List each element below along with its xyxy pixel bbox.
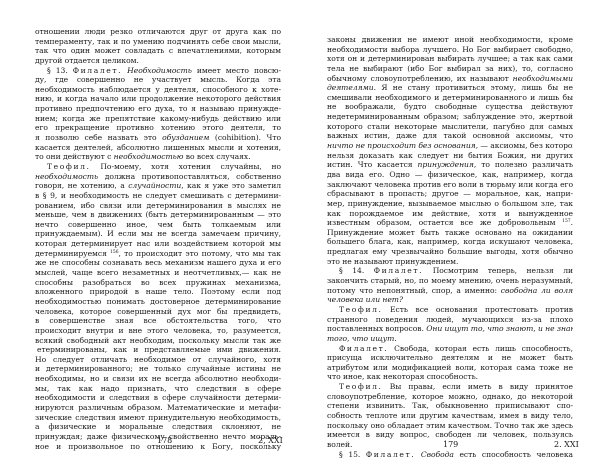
text-line: способны разобраться во всех пружинах ме…: [35, 278, 281, 288]
text-run: мы, так как надо признать, что следствия…: [35, 384, 281, 393]
text-run: Принуждение может быть также основано на…: [327, 228, 573, 237]
emphasis-text: того, что ищут.: [327, 334, 397, 343]
text-line: принуждаемым). И если мы не всегда замеч…: [35, 229, 281, 239]
text-line: отношении люди резко отличаются друг от …: [35, 27, 281, 37]
text-line: зические следствия имеют принудительную …: [35, 413, 281, 423]
right-page-text: законы движения не имеют иной необходимо…: [327, 35, 573, 459]
text-run: заключают человека против его воли в тюр…: [327, 180, 573, 189]
text-run: необходимости и следствия в сфере случай…: [35, 393, 281, 402]
left-page: отношении люди резко отличаются друг от …: [0, 0, 300, 472]
text-run: принуждаемым). И если мы не всегда замеч…: [35, 229, 281, 238]
text-line: присуща исключительно деятелям и не може…: [327, 353, 573, 363]
text-line: мер, принуждение, вызываемое мыслью о бо…: [327, 199, 573, 209]
text-run: етерминированы, как и представляемые ими…: [37, 345, 281, 354]
text-line: это не называют принуждением.: [327, 257, 573, 267]
text-line: необходимость наблюдается у деятеля, спо…: [35, 85, 281, 95]
emphasis-text: обузданием: [162, 133, 209, 142]
text-run: противно предпочтению его духа, то я наз…: [35, 104, 281, 113]
emphasis-text: случайности: [128, 181, 181, 190]
text-run: § 14.: [339, 266, 374, 275]
text-line: недетерминированным образом; заблуждение…: [327, 112, 573, 122]
text-line: мы, так как надо признать, что следствия…: [35, 384, 281, 394]
text-run: нию, и когда начало или продолжение неко…: [35, 94, 281, 103]
text-run: зические следствия имеют принудительную …: [35, 413, 281, 422]
text-run: — аксиомы, без которой: [478, 141, 573, 150]
text-line: Принуждение может быть также основано на…: [327, 228, 573, 238]
text-run: которая детерминирует нас или воздействи…: [35, 239, 281, 248]
text-run: и детерминированного; не только случайны…: [35, 364, 281, 373]
text-line: Но следует отличать необходимое от случа…: [35, 355, 281, 365]
text-line: которая детерминирует нас или воздействи…: [35, 239, 281, 249]
text-line: необходимость должна противопоставляться…: [35, 172, 281, 182]
text-line: необходимости и следствия в сфере случай…: [35, 393, 281, 403]
text-run: необходимости выбора лучшего. Но Бог выб…: [327, 45, 573, 54]
emphasis-text: деятелями.: [327, 83, 376, 92]
text-run: Но следует отличать необходимое от случа…: [35, 355, 281, 364]
text-line: большего блага, как, например, когда иск…: [327, 237, 573, 247]
text-line: что иное, как некоторая способность.: [327, 372, 573, 382]
emphasis-text: необходимость: [35, 172, 98, 181]
text-run: темпераменту, так и по умению подчинять …: [35, 37, 281, 46]
text-run: в совершенстве зная все обстоятельства т…: [35, 316, 281, 325]
text-line: поставленных вопросов. Они ищут то, что …: [327, 324, 573, 334]
text-line: етерминированы, как и представляемые ими…: [35, 345, 281, 355]
text-run: закончить старый, но, по моему мнению, о…: [327, 276, 573, 285]
emphasis-text: Свобода: [421, 450, 454, 459]
text-run: поставленных вопросов.: [327, 324, 426, 333]
text-run: рованием, ибо связи или детерминирования…: [35, 201, 281, 210]
text-run: мыслей, чаще всего незаметных и неотчетл…: [35, 268, 281, 277]
text-line: поскольку оно обладает этим качеством. Т…: [327, 421, 573, 431]
emphasis-text: принуждения: [418, 160, 474, 169]
text-run: всякий свободный акт необходим, поскольк…: [35, 336, 281, 345]
text-line: и детерминированного; не только случайны…: [35, 364, 281, 374]
text-line: § 13. Филалет. Необходимость имеет место…: [35, 66, 281, 76]
text-line: темпераменту, так и по умению подчинять …: [35, 37, 281, 47]
text-line: человека или нет?: [327, 295, 573, 305]
text-line: нируются различным образом. Математическ…: [35, 403, 281, 413]
text-run: истин. Что касается: [327, 160, 418, 169]
text-run: мер, принуждение, вызываемое мыслью о бо…: [327, 199, 573, 208]
text-run: происходит внутри и вне этого человека, …: [35, 326, 281, 335]
text-run: меньше, чем в движениях (быть детерминир…: [35, 210, 281, 219]
text-line: происходит внутри и вне этого человека, …: [35, 326, 281, 336]
text-run: два вида его. Одно — физическое, как, на…: [327, 170, 573, 179]
text-line: касается деятелей, абсолютно лишенных мы…: [35, 143, 281, 153]
text-line: нию, и когда начало или продолжение неко…: [35, 94, 281, 104]
text-run: волей.: [327, 440, 352, 449]
text-line: предлагая ему чрезвычайно большие выгоды…: [327, 247, 573, 257]
text-run: как порождаемое им действие, хотя и выну…: [327, 209, 573, 218]
emphasis-text: необходимостью: [114, 152, 184, 161]
text-run: степени извинить. Так, обыкновенно припи…: [327, 401, 573, 410]
text-run: я позволю себе назвать это: [35, 133, 162, 142]
text-line: необходимостью понимать достоверное дете…: [35, 297, 281, 307]
text-run: отношении люди резко отличаются друг от …: [35, 27, 281, 36]
text-run: а физические и моральные следствия склон…: [35, 422, 281, 431]
text-run: в § 9, и необходимость не следует смешив…: [35, 191, 281, 200]
text-run: Свобода, которая есть лишь способность,: [388, 344, 573, 353]
text-run: (cohibition). Что: [209, 133, 281, 142]
text-line: заключают человека против его воли в тюр…: [327, 180, 573, 190]
speaker-name: Филалет.: [374, 266, 423, 275]
text-line: не воображали, будто свободные существа …: [327, 102, 573, 112]
text-line: важных истин, даже для такой основной ак…: [327, 131, 573, 141]
text-line: как порождаемое им действие, хотя и выну…: [327, 209, 573, 219]
emphasis-text: необходимыми: [513, 74, 573, 83]
right-page-number: 179: [443, 440, 458, 449]
text-run: необходимы, но и связи их не всегда абсо…: [35, 374, 281, 383]
text-line: атрибутом или модификацией воли, которая…: [327, 363, 573, 373]
text-line: деятелями. Я не стану противиться этому,…: [327, 83, 573, 93]
text-run: тела не выбирают (ибо Бог выбирал за них…: [327, 64, 573, 73]
text-line: тела не выбирают (ибо Бог выбирал за них…: [327, 64, 573, 74]
text-line: то они действуют с необходимостью во все…: [35, 152, 281, 162]
right-section-reference: 2. XXI: [554, 440, 579, 449]
text-line: нечто совершенно иное, чем быть толкаемы…: [35, 220, 281, 230]
text-run: § 15.: [339, 450, 366, 459]
emphasis-text: человека или нет?: [327, 295, 403, 304]
text-run: словоупотребление, которое можно, однако…: [327, 392, 573, 401]
text-run: есть способность человека: [454, 450, 573, 459]
text-run: , то полезно различать: [474, 160, 573, 169]
text-run: так что один может совладать с впечатлен…: [35, 46, 281, 55]
text-line: всякий свободный акт необходим, поскольк…: [35, 336, 281, 346]
text-run: важных истин, даже для такой основной ак…: [327, 131, 573, 140]
text-line: необходимы, но и связи их не всегда абсо…: [35, 374, 281, 384]
text-line: я позволю себе назвать это обузданием (c…: [35, 133, 281, 143]
right-page: законы движения не имеют иной необходимо…: [300, 0, 600, 472]
text-run: вложенного природой в наше тело. Поэтому…: [35, 287, 281, 296]
text-line: хотя он и детерминирован выбирать лучшее…: [327, 54, 573, 64]
text-line: нием; когда же препятствие какому-нибудь…: [35, 114, 281, 124]
text-line: так что один может совладать с впечатлен…: [35, 46, 281, 56]
text-run: хотя он и детерминирован выбирать лучшее…: [327, 54, 573, 63]
text-line: странного поведения людей, мучающихся из…: [327, 315, 573, 325]
left-section-reference: 2, XXI: [258, 436, 283, 445]
text-run: нечто совершенно иное, чем быть толкаемы…: [35, 220, 281, 229]
text-run: человека, которое совершенный дух мог бы…: [35, 307, 281, 316]
text-line: степени извинить. Так, обыкновенно припи…: [327, 401, 573, 411]
text-run: § 13.: [47, 66, 73, 75]
text-line: смешивали необходимого и детерминированн…: [327, 93, 573, 103]
text-run: другой отдается целиком.: [35, 56, 139, 65]
text-run: Есть все основания протестовать против: [383, 305, 573, 314]
text-run: не воображали, будто свободные существа …: [327, 102, 573, 111]
text-run: поскольку оно обладает этим качеством. Т…: [327, 421, 573, 430]
text-line: противно предпочтению его духа, то я наз…: [35, 104, 281, 114]
text-line: два вида его. Одно — физическое, как, на…: [327, 170, 573, 180]
text-line: мыслей, чаще всего незаметных и неотчетл…: [35, 268, 281, 278]
text-run: , то происходит это потому, что мы так: [119, 249, 281, 258]
footnote-marker: 156: [110, 250, 118, 255]
emphasis-text: Они ищут то, что знают, и не знают: [426, 324, 573, 333]
text-run: необходимостью понимать достоверное дете…: [35, 297, 281, 306]
text-line: нельзя доказать как следует ни бытия Бож…: [327, 151, 573, 161]
speaker-name: Филалет.: [73, 66, 122, 75]
text-line: того, что ищут.: [327, 334, 573, 344]
text-run: что иное, как некоторая способность.: [327, 372, 478, 381]
emphasis-text: ничто не происходит без основания,: [327, 141, 478, 150]
text-run: атрибутом или модификацией воли, которая…: [327, 363, 573, 372]
text-run: Вы правы, если иметь в виду принятое: [383, 382, 573, 391]
text-line: в совершенстве зная все обстоятельства т…: [35, 316, 281, 326]
text-line: его прекращение противно хотению этого д…: [35, 123, 281, 133]
text-run: касается деятелей, абсолютно лишенных мы…: [35, 143, 281, 152]
text-run: его прекращение противно хотению этого д…: [35, 123, 281, 132]
text-run: Посмотрим теперь, нельзя ли: [423, 266, 573, 275]
text-run: должна противопоставляться, собственно: [98, 172, 281, 181]
text-run: сбрасывают в пропасть; другое — морально…: [327, 189, 573, 198]
footnote-marker: 157: [562, 219, 570, 224]
text-run: это не называют принуждением.: [327, 257, 458, 266]
text-run: собность теплоте или другим качествам, и…: [327, 411, 573, 420]
text-run: присуща исключительно деятелям и не може…: [327, 353, 573, 362]
text-line: потому что непонятный, спор, а именно: с…: [327, 286, 573, 296]
text-line: известным образом, остается все же добро…: [327, 218, 573, 228]
text-run: имеет место повсю-: [192, 66, 281, 75]
text-line: меньше, чем в движениях (быть детерминир…: [35, 210, 281, 220]
text-line: § 15. Филалет. Свобода есть способность …: [327, 450, 573, 460]
text-run: странного поведения людей, мучающихся из…: [327, 315, 573, 324]
speaker-name: Теофил.: [47, 162, 91, 171]
text-run: Я не стану противиться этому, лишь бы не: [376, 83, 573, 92]
text-run: обычному словоупотреблению, их называют: [327, 74, 513, 83]
text-run: .: [571, 218, 573, 227]
text-line: вложенного природой в наше тело. Поэтому…: [35, 287, 281, 297]
text-line: истин. Что касается принуждения, то поле…: [327, 160, 573, 170]
text-run: известным образом, остается все же добро…: [327, 218, 562, 227]
text-line: Филалет. Свобода, которая есть лишь спос…: [327, 344, 573, 354]
text-run: предлагая ему чрезвычайно большие выгоды…: [327, 247, 573, 256]
text-line: имеется в виду вопрос, свободен ли челов…: [327, 430, 573, 440]
text-run: способны разобраться во всех пружинах ме…: [35, 278, 281, 287]
text-line: говоря, не хотению, а случайности, как я…: [35, 181, 281, 191]
text-line: необходимости выбора лучшего. Но Бог выб…: [327, 45, 573, 55]
text-line: ничто не происходит без основания, — акс…: [327, 141, 573, 151]
speaker-name: Теофил.: [339, 382, 383, 391]
text-run: имеется в виду вопрос, свободен ли челов…: [327, 430, 573, 439]
text-line: сбрасывают в пропасть; другое — морально…: [327, 189, 573, 199]
text-line: обычному словоупотреблению, их называют …: [327, 74, 573, 84]
text-line: человека, которое совершенный дух мог бы…: [35, 307, 281, 317]
text-line: в § 9, и необходимость не следует смешив…: [35, 191, 281, 201]
left-page-text: отношении люди резко отличаются друг от …: [35, 27, 281, 451]
speaker-name: Филалет.: [366, 450, 415, 459]
emphasis-text: Необходимость: [127, 66, 192, 75]
text-line: собность теплоте или другим качествам, и…: [327, 411, 573, 421]
text-run: , как я уже это заметил: [181, 181, 281, 190]
text-run: По-моему, хотя хотения случайны, но: [91, 162, 281, 171]
text-run: нируются различным образом. Математическ…: [35, 403, 281, 412]
text-run: необходимость наблюдается у деятеля, спо…: [35, 85, 281, 94]
left-page-number: 178: [157, 436, 172, 445]
text-line: же не способны сознавать весь механизм н…: [35, 258, 281, 268]
text-line: § 14. Филалет. Посмотрим теперь, нельзя …: [327, 266, 573, 276]
text-line: Теофил. Вы правы, если иметь в виду прин…: [327, 382, 573, 392]
text-run: законы движения не имеют иной необходимо…: [327, 35, 573, 44]
text-line: рованием, ибо связи или детерминирования…: [35, 201, 281, 211]
text-line: закончить старый, но, по моему мнению, о…: [327, 276, 573, 286]
text-line: ду, где совершенно не участвует мысль. К…: [35, 75, 281, 85]
text-line: которого стали некоторые мыслители, пагу…: [327, 122, 573, 132]
text-line: законы движения не имеют иной необходимо…: [327, 35, 573, 45]
speaker-name: Филалет.: [339, 344, 388, 353]
text-run: во всех случаях.: [183, 152, 250, 161]
text-line: Теофил. Есть все основания протестовать …: [327, 305, 573, 315]
text-line: другой отдается целиком.: [35, 56, 281, 66]
text-run: большего блага, как, например, когда иск…: [327, 237, 573, 246]
text-run: говоря, не хотению, а: [35, 181, 128, 190]
text-line: Теофил. По-моему, хотя хотения случайны,…: [35, 162, 281, 172]
text-run: же не способны сознавать весь механизм н…: [35, 258, 281, 267]
text-line: а физические и моральные следствия склон…: [35, 422, 281, 432]
text-run: детерминируемся: [35, 249, 110, 258]
text-line: словоупотребление, которое можно, однако…: [327, 392, 573, 402]
text-run: нием; когда же препятствие какому-нибудь…: [35, 114, 281, 123]
emphasis-text: свободна ли воля: [501, 286, 573, 295]
text-run: которого стали некоторые мыслители, пагу…: [327, 122, 573, 131]
text-run: нельзя доказать как следует ни бытия Бож…: [327, 151, 573, 160]
text-run: потому что непонятный, спор, а именно:: [327, 286, 501, 295]
text-run: недетерминированным образом; заблуждение…: [327, 112, 573, 121]
speaker-name: Теофил.: [339, 305, 383, 314]
text-run: то они действуют с: [35, 152, 114, 161]
text-run: смешивали необходимого и детерминированн…: [327, 93, 573, 102]
text-line: детерминируемся 156, то происходит это п…: [35, 249, 281, 259]
text-run: ду, где совершенно не участвует мысль. К…: [35, 75, 281, 84]
